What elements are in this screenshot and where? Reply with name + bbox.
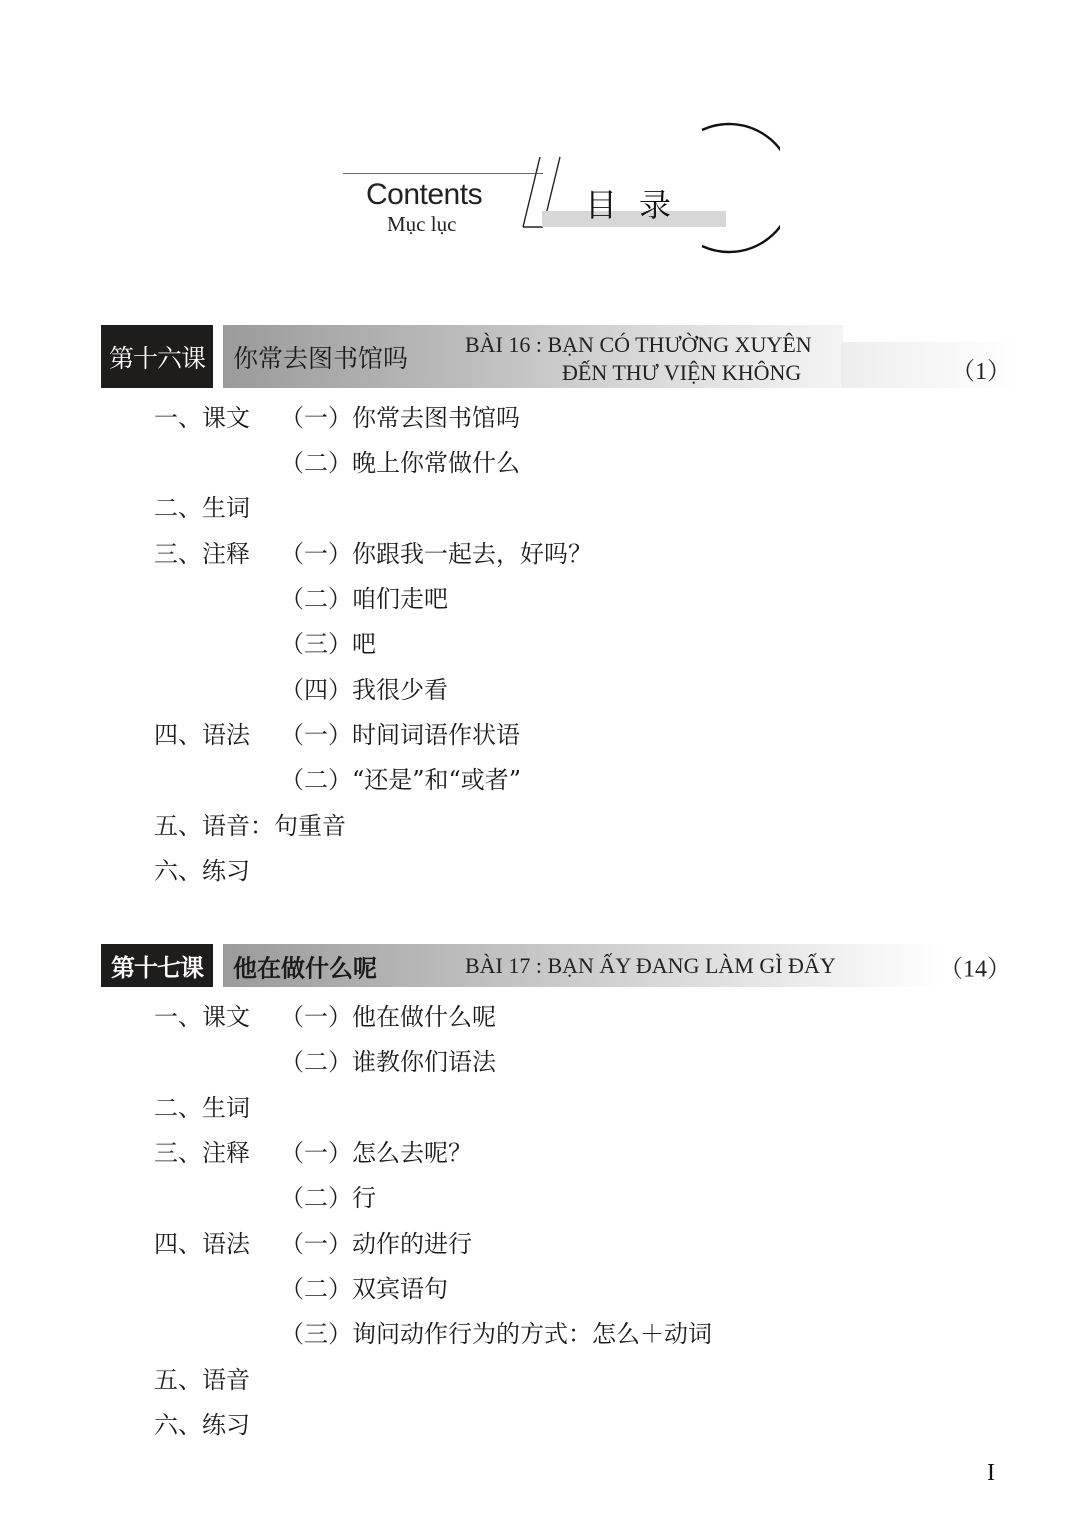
toc-subsection: （二）行 — [280, 1178, 376, 1213]
lesson-title-chinese: 你常去图书馆吗 — [233, 339, 408, 375]
toc-section: 四、语法 — [154, 715, 250, 750]
lesson-header[interactable]: 第十七课 他在做什么呢 BÀI 17 : BẠN ẤY ĐANG LÀM GÌ … — [101, 944, 1021, 987]
lesson-page-number: （1） — [951, 351, 1011, 386]
toc-subsection: （一）你跟我一起去，好吗？ — [280, 534, 592, 569]
toc-subsection: （二）双宾语句 — [280, 1269, 448, 1304]
toc-section: 六、练习 — [154, 1405, 250, 1440]
toc-section: 二、生词 — [154, 488, 250, 523]
toc-section: 五、语音：句重音 — [154, 806, 346, 841]
toc-section: 一、课文 — [154, 997, 250, 1032]
page-number: I — [987, 1460, 995, 1487]
vi-line-2: ĐẾN THƯ VIỆN KHÔNG — [465, 359, 812, 387]
vi-line-1: BÀI 17 : BẠN ẤY ĐANG LÀM GÌ ĐẤY — [465, 953, 836, 978]
toc-subsection: （一）动作的进行 — [280, 1224, 472, 1259]
toc-subsection: （三）吧 — [280, 624, 376, 659]
toc-section: 二、生词 — [154, 1088, 250, 1123]
vi-line-1: BÀI 16 : BẠN CÓ THƯỜNG XUYÊN — [465, 332, 812, 357]
title-english: Contents — [366, 178, 482, 212]
lesson-page-number: （14） — [939, 948, 1011, 983]
toc-subsection: （一）你常去图书馆吗 — [280, 398, 520, 433]
toc-subsection: （一）怎么去呢？ — [280, 1133, 472, 1168]
toc-subsection: （二）咱们走吧 — [280, 579, 448, 614]
toc-subsection: （三）询问动作行为的方式：怎么＋动词 — [280, 1314, 712, 1349]
toc-section: 三、注释 — [154, 1133, 250, 1168]
contents-title-block: Contents Mục lục 目录 — [0, 0, 1088, 280]
toc-section: 一、课文 — [154, 398, 250, 433]
lesson-title-vietnamese: BÀI 16 : BẠN CÓ THƯỜNG XUYÊN ĐẾN THƯ VIỆ… — [465, 331, 812, 387]
lesson-number: 第十六课 — [101, 325, 213, 388]
lesson-title-chinese: 他在做什么呢 — [233, 948, 377, 983]
toc-subsection: （二）“还是”和“或者” — [280, 760, 521, 795]
toc-subsection: （一）时间词语作状语 — [280, 715, 520, 750]
arc-ornament — [640, 118, 780, 258]
toc-section: 三、注释 — [154, 534, 250, 569]
title-vietnamese: Mục lục — [387, 212, 456, 237]
toc-subsection: （二）晚上你常做什么 — [280, 443, 520, 478]
toc-section: 六、练习 — [154, 851, 250, 886]
lesson-number: 第十七课 — [101, 944, 213, 987]
toc-section: 五、语音 — [154, 1360, 250, 1395]
lesson-header[interactable]: 第十六课 你常去图书馆吗 BÀI 16 : BẠN CÓ THƯỜNG XUYÊ… — [101, 325, 1021, 388]
title-rule — [343, 173, 543, 174]
toc-subsection: （一）他在做什么呢 — [280, 997, 496, 1032]
lesson-title-vietnamese: BÀI 17 : BẠN ẤY ĐANG LÀM GÌ ĐẤY — [465, 952, 836, 980]
toc-subsection: （二）谁教你们语法 — [280, 1042, 496, 1077]
toc-subsection: （四）我很少看 — [280, 670, 448, 705]
toc-section: 四、语法 — [154, 1224, 250, 1259]
